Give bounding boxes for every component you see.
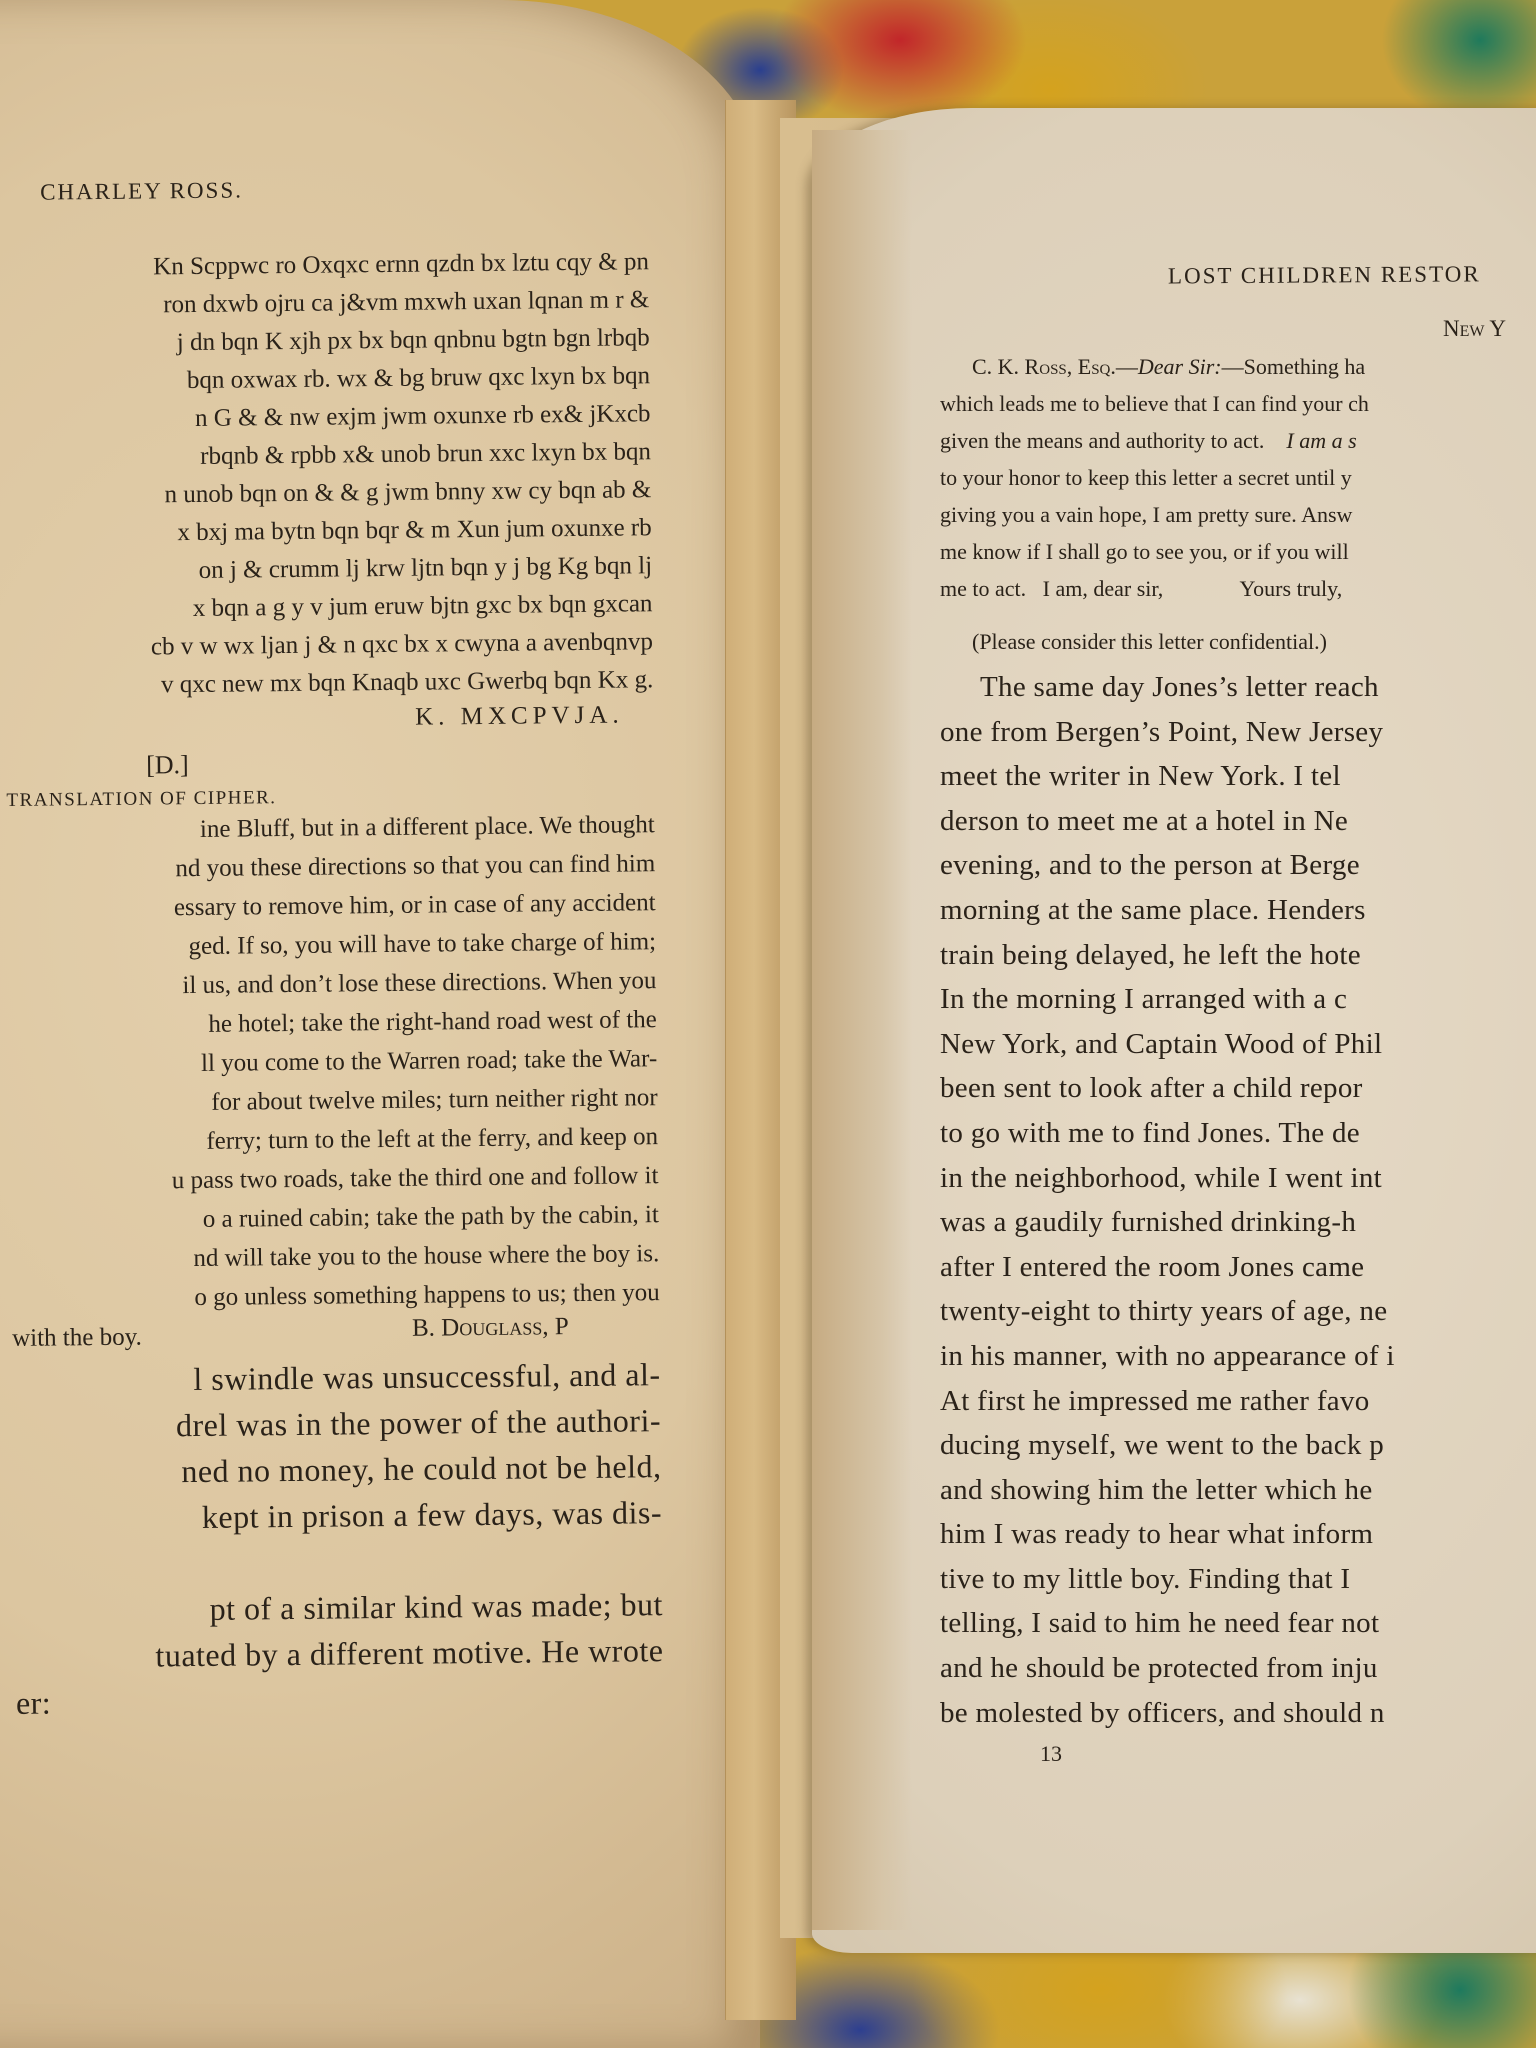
- translation-line: ged. If so, you will have to take charge…: [8, 922, 656, 968]
- translation-line: nd will take you to the house where the …: [11, 1234, 659, 1280]
- translation-line: o go unless something happens to us; the…: [12, 1273, 660, 1319]
- body-line: tuated by a different motive. He wrote: [15, 1627, 663, 1680]
- body-line: in his manner, with no appearance of i: [940, 1334, 1536, 1379]
- translation-line: ferry; turn to the left at the ferry, an…: [10, 1117, 658, 1163]
- body-line: In the morning I arranged with a c: [940, 977, 1536, 1022]
- letter-line: which leads me to believe that I can fin…: [940, 385, 1536, 422]
- body-line: tive to my little boy. Finding that I: [940, 1557, 1536, 1602]
- letter-italic-fragment: I am a s: [1286, 428, 1356, 453]
- right-running-head: LOST CHILDREN RESTOR: [1168, 260, 1536, 289]
- body-line: At first he impressed me rather favo: [940, 1379, 1536, 1424]
- left-page-content: CHARLEY ROSS. Kn Scppwc ro Oxqxc ernn qz…: [0, 173, 664, 1726]
- body-line: him I was ready to hear what inform: [940, 1512, 1536, 1557]
- translation-line: ll you come to the Warren road; take the…: [9, 1039, 657, 1085]
- cipher-block: Kn Scppwc ro Oxqxc ernn qzdn bx lztu cqy…: [1, 243, 654, 736]
- body-line: be molested by officers, and should n: [940, 1691, 1536, 1736]
- body-line: in the neighborhood, while I went int: [940, 1156, 1536, 1201]
- right-page-gutter: [812, 130, 912, 1930]
- body-line: train being delayed, he left the hote: [940, 933, 1536, 978]
- body-line: and showing him the letter which he: [940, 1468, 1536, 1513]
- letter-first-line-rest: —Something ha: [1222, 354, 1366, 379]
- body-line: kept in prison a few days, was dis-: [14, 1489, 662, 1542]
- body-line: ned no money, he could not be held,: [13, 1443, 661, 1496]
- letter-line-text: given the means and authority to act.: [940, 428, 1264, 453]
- body-line: twenty-eight to thirty years of age, ne: [940, 1289, 1536, 1334]
- letter-dash: —: [1116, 354, 1138, 379]
- translation-line: he hotel; take the right-hand road west …: [9, 1000, 657, 1046]
- translation-line: nd you these directions so that you can …: [7, 844, 655, 890]
- letter-closing-line: me to act. I am, dear sir, Yours truly,: [940, 570, 1536, 607]
- letter-line: given the means and authority to act. I …: [940, 422, 1536, 459]
- letter-line: to your honor to keep this letter a secr…: [940, 459, 1536, 496]
- letter-addressee: C. K. Ross, Esq.: [972, 354, 1116, 379]
- body-line: telling, I said to him he need fear not: [940, 1601, 1536, 1646]
- body-line: and he should be protected from inju: [940, 1646, 1536, 1691]
- translation-line: u pass two roads, take the third one and…: [10, 1156, 658, 1202]
- body-line: New York, and Captain Wood of Phil: [940, 1022, 1536, 1067]
- body-line: ducing myself, we went to the back p: [940, 1423, 1536, 1468]
- letter-block: C. K. Ross, Esq.—Dear Sir:—Something ha …: [940, 348, 1536, 607]
- body-line: The same day Jones’s letter reach: [940, 665, 1536, 710]
- translation-line: essary to remove him, or in case of any …: [7, 883, 655, 929]
- body-line: pt of a similar kind was made; but: [15, 1581, 663, 1634]
- body-line: l swindle was unsuccessful, and al-: [12, 1351, 660, 1404]
- body-line: meet the writer in New York. I tel: [940, 754, 1536, 799]
- body-line: er:: [16, 1673, 664, 1726]
- left-running-head: CHARLEY ROSS.: [40, 173, 648, 205]
- right-body-text: The same day Jones’s letter reach one fr…: [940, 665, 1536, 1735]
- body-line: been sent to look after a child repor: [940, 1066, 1536, 1111]
- body-line: derson to meet me at a hotel in Ne: [940, 799, 1536, 844]
- letter-note: (Please consider this letter confidentia…: [972, 629, 1536, 655]
- body-line: drel was in the power of the authori-: [13, 1397, 661, 1450]
- body-line: evening, and to the person at Berge: [940, 843, 1536, 888]
- letter-salutation-line: C. K. Ross, Esq.—Dear Sir:—Something ha: [940, 348, 1536, 385]
- left-body-text: l swindle was unsuccessful, and al- drel…: [12, 1351, 664, 1726]
- body-line: was a gaudily furnished drinking-h: [940, 1200, 1536, 1245]
- cipher-signature: K. MXCPVJA.: [6, 701, 654, 736]
- translation-line: for about twelve miles; turn neither rig…: [9, 1078, 657, 1124]
- translation-line: o a ruined cabin; take the path by the c…: [11, 1195, 659, 1241]
- translation-line: il us, and don’t lose these directions. …: [8, 961, 656, 1007]
- letter-line: giving you a vain hope, I am pretty sure…: [940, 496, 1536, 533]
- letter-place-date: New Y: [940, 316, 1536, 342]
- body-line: after I entered the room Jones came: [940, 1245, 1536, 1290]
- cipher-line: v qxc new mx bqn Knaqb uxc Gwerbq bqn Kx…: [5, 661, 653, 706]
- translation-block: ine Bluff, but in a different place. We …: [7, 805, 661, 1358]
- page-number: 13: [1040, 1741, 1536, 1767]
- appendix-label: [D.]: [146, 745, 654, 780]
- body-line: to go with me to find Jones. The de: [940, 1111, 1536, 1156]
- right-page-content: LOST CHILDREN RESTOR New Y C. K. Ross, E…: [940, 262, 1536, 1767]
- letter-salutation: Dear Sir:: [1138, 354, 1222, 379]
- body-line: one from Bergen’s Point, New Jersey: [940, 710, 1536, 755]
- letter-line: me know if I shall go to see you, or if …: [940, 533, 1536, 570]
- translation-line: ine Bluff, but in a different place. We …: [7, 805, 655, 851]
- body-line: morning at the same place. Henders: [940, 888, 1536, 933]
